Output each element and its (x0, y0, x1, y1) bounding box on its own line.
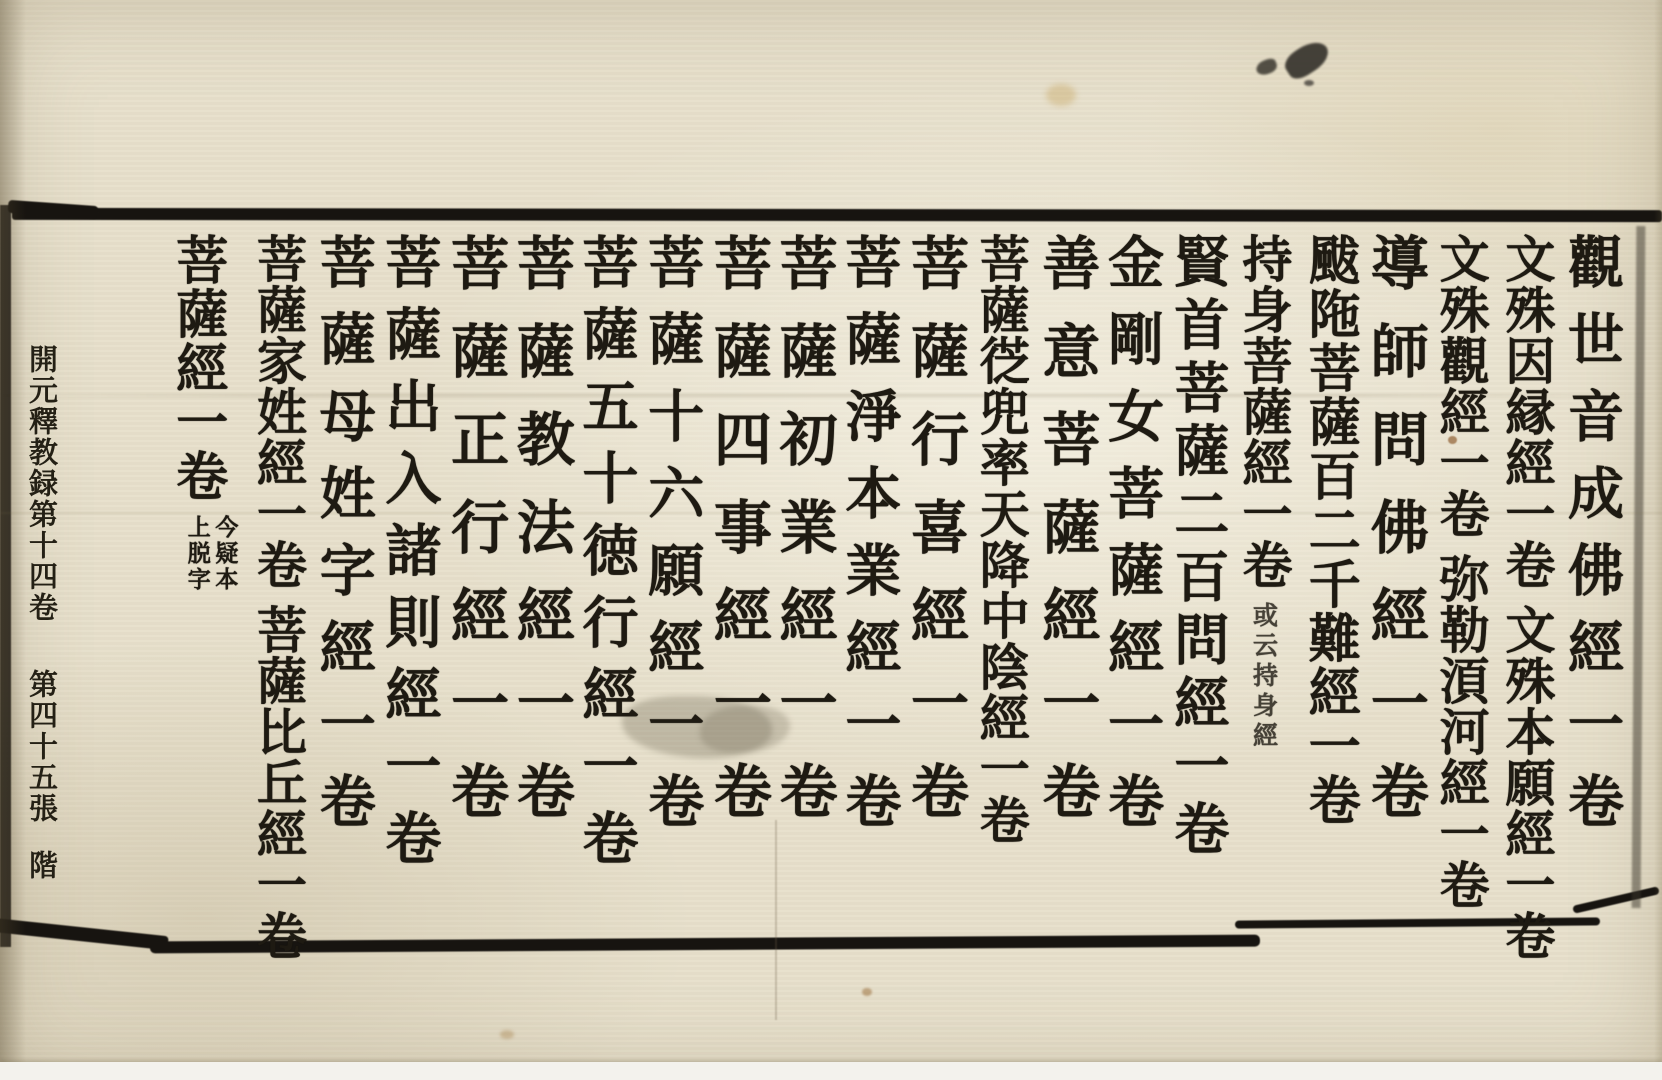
colophon-column: 開元釋教録第十四卷第四十五張階 (27, 344, 56, 881)
paper-crease (775, 820, 777, 1020)
sutra-title: 菩薩教法經一卷 (507, 233, 575, 849)
frame-border-bottom-left (0, 918, 169, 950)
catalog-column: 菩薩教法經一卷 (512, 233, 570, 849)
collation-note-subcolumn: 今疑本 (211, 515, 239, 593)
frame-border-left (0, 205, 11, 947)
catalog-column: 菩薩四事經一卷 (709, 233, 767, 849)
sutra-title: 菩薩四事經一卷 (704, 233, 772, 849)
sutra-title: 菩薩五十徳行經一卷 (574, 233, 640, 881)
catalog-column: 文殊觀經一卷弥勒湏河經一卷 (1436, 233, 1486, 910)
sutra-title: 菩薩淨本業經一卷 (836, 233, 902, 849)
collation-note: 或云持身經 (1250, 602, 1279, 752)
sutra-title: 導師問佛經一卷 (1361, 233, 1429, 849)
frame-border-corner (1572, 886, 1660, 914)
ink-smudge (1254, 57, 1279, 77)
catalog-column: 導師問佛經一卷 (1366, 233, 1424, 849)
sutra-title: 持身菩薩經一卷 (1235, 233, 1294, 590)
catalog-column: 文殊因縁經一卷文殊本願經一卷 (1501, 233, 1551, 961)
sutra-title: 觀世音成佛經一卷 (1559, 233, 1625, 849)
catalog-column: 菩薩家姓經一卷菩薩比丘經一卷 (253, 233, 303, 961)
catalog-column: 菩薩淨本業經一卷 (841, 233, 897, 849)
catalog-column: 持身菩薩經一卷或云持身經 (1239, 233, 1289, 752)
sutra-title: 菩薩家姓經一卷 (249, 233, 308, 590)
sutra-title: 弥勒湏河經一卷 (1432, 553, 1491, 910)
catalog-column: 菩薩五十徳行經一卷 (579, 233, 635, 881)
catalog-column: 觀世音成佛經一卷 (1564, 233, 1620, 849)
ink-smudge (1304, 80, 1314, 86)
sheet-number: 第四十五張 (25, 669, 59, 824)
sutra-title: 菩薩比丘經一卷 (249, 604, 308, 961)
spacer (41, 824, 43, 850)
catalog-column: 菩薩徔兜率天降中陰經一卷 (976, 233, 1026, 845)
page-edge-shadow (1654, 0, 1662, 1080)
spacer (41, 623, 43, 669)
sutra-title: 菩薩徔兜率天降中陰經一卷 (972, 233, 1031, 845)
sutra-title: 賢首菩薩二百問經一卷 (1165, 233, 1230, 863)
catalog-column: 菩薩行喜經一卷 (906, 233, 964, 849)
sutra-title: 菩薩經一卷 (167, 233, 228, 503)
sutra-title: 文殊因縁經一卷 (1497, 233, 1556, 590)
sutra-title: 善意菩薩經一卷 (1032, 233, 1100, 849)
paper-stain (862, 988, 872, 996)
scan-margin (0, 1062, 1662, 1080)
sutra-title: 文殊觀經一卷 (1432, 233, 1491, 539)
sutra-title: 菩薩母姓字經一卷 (311, 233, 377, 849)
collation-note-subcolumn: 上脱字 (183, 515, 211, 593)
collation-note: 今疑本上脱字 (183, 515, 238, 593)
catalog-column: 颰陁菩薩百二千難經一卷 (1303, 233, 1355, 827)
sutra-title: 菩薩初業經一卷 (770, 233, 838, 849)
frame-border-bottom (150, 935, 1260, 954)
sutra-title: 金剛女菩薩經一卷 (1099, 233, 1165, 849)
sutra-title: 菩薩行喜經一卷 (901, 233, 969, 849)
catalog-column: 菩薩經一卷今疑本上脱字 (171, 233, 239, 593)
catalog-column: 菩薩正行經一卷 (446, 233, 504, 849)
sutra-title: 菩薩出入諸則經一卷 (376, 233, 442, 881)
catalog-column: 菩薩出入諸則經一卷 (381, 233, 437, 881)
catalog-column: 金剛女菩薩經一卷 (1104, 233, 1160, 849)
catalog-column: 菩薩母姓字經一卷 (316, 233, 372, 849)
sutra-title: 菩薩正行經一卷 (441, 233, 509, 849)
sutra-title: 颰陁菩薩百二千難經一卷 (1299, 233, 1360, 827)
catalog-column: 賢首菩薩二百問經一卷 (1170, 233, 1225, 863)
ink-smudge (1280, 36, 1333, 84)
paper-stain (1046, 84, 1076, 106)
catalog-column: 菩薩十六願經一卷 (644, 233, 700, 849)
case-mark: 階 (25, 850, 59, 881)
sutra-title: 菩薩十六願經一卷 (639, 233, 705, 849)
frame-border-right (1632, 226, 1646, 908)
catalog-column: 菩薩初業經一卷 (775, 233, 833, 849)
frame-border-top (12, 208, 1662, 222)
sutra-title: 文殊本願經一卷 (1497, 604, 1556, 961)
manuscript-page: 觀世音成佛經一卷文殊因縁經一卷文殊本願經一卷文殊觀經一卷弥勒湏河經一卷導師問佛經… (0, 0, 1662, 1080)
catalog-title: 開元釋教録第十四卷 (25, 344, 59, 623)
catalog-column: 善意菩薩經一卷 (1037, 233, 1095, 849)
paper-stain (500, 1030, 514, 1039)
